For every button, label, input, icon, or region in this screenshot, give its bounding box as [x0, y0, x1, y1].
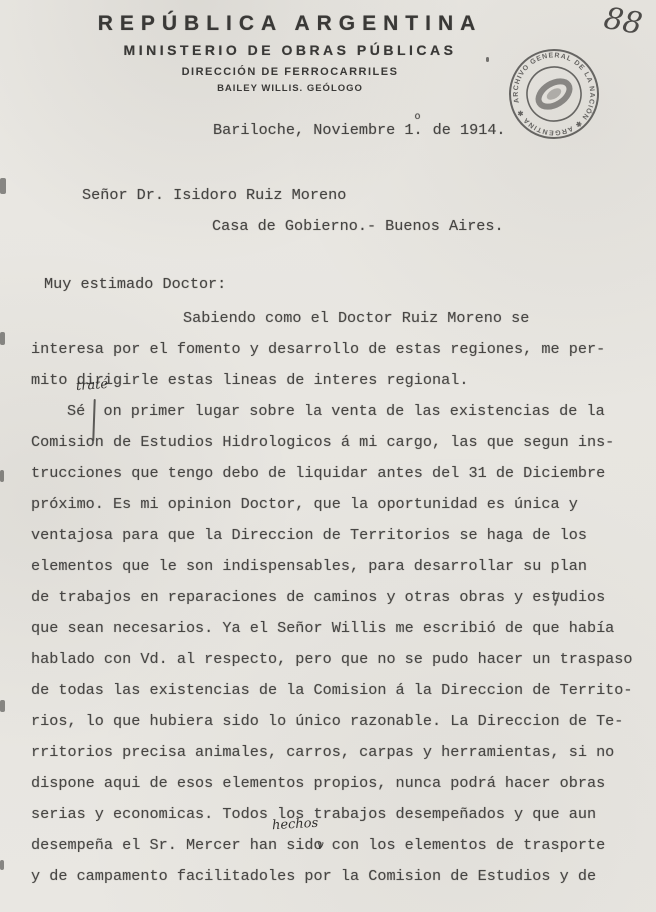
salutation: Muy estimado Doctor:: [44, 275, 226, 293]
letterhead-country: REPÚBLICA ARGENTINA: [55, 12, 525, 36]
letterhead-direction: DIRECCIÓN DE FERROCARRILES: [55, 66, 525, 78]
letterhead-official: BAILEY WILLIS. GEÓLOGO: [55, 83, 525, 94]
body-line: rios, lo que hubiera sido lo único razon…: [31, 706, 656, 737]
scan-artifact: [0, 178, 6, 194]
body-line: hablado con Vd. al respecto, pero que no…: [31, 644, 656, 675]
body-line: que sean necesarios. Ya el Señor Willis …: [31, 613, 656, 644]
recipient-address: Casa de Gobierno.- Buenos Aires.: [212, 217, 504, 235]
body-line: de todas las existencias de la Comision …: [31, 675, 656, 706]
body-line: mito dirigirle estas lineas de interes r…: [31, 365, 656, 396]
letterhead: REPÚBLICA ARGENTINA MINISTERIO DE OBRAS …: [55, 12, 525, 94]
ordinal-o: o: [415, 112, 421, 123]
body-line: dispone aqui de esos elementos propios, …: [31, 768, 656, 799]
caret-mark-icon: v: [317, 838, 324, 852]
body-line: trucciones que tengo debo de liquidar an…: [31, 458, 656, 489]
scanned-letter-page: REPÚBLICA ARGENTINA MINISTERIO DE OBRAS …: [0, 0, 656, 912]
recipient-name: Señor Dr. Isidoro Ruiz Moreno: [82, 186, 346, 204]
body-line: ventajosa para que la Direccion de Terri…: [31, 520, 656, 551]
letter-body: Sabiendo como el Doctor Ruiz Moreno se i…: [31, 303, 656, 892]
body-line: serias y economicas. Todos los trabajos …: [31, 799, 656, 830]
scan-artifact: [486, 57, 489, 62]
handwritten-page-number: 88: [601, 1, 645, 42]
scan-artifact: [0, 700, 5, 712]
body-line: desempeña el Sr. Mercer han sido con los…: [31, 830, 656, 861]
handwritten-insertion-hechos: hechos: [272, 816, 319, 833]
body-line: Sabiendo como el Doctor Ruiz Moreno se: [31, 303, 656, 334]
dateline-prefix: Bariloche, Noviembre 1: [213, 121, 414, 139]
ordinal-superscript: .o: [414, 121, 424, 139]
body-line: de trabajos en reparaciones de caminos y…: [31, 582, 656, 613]
body-line: y de campamento facilitadoles por la Com…: [31, 861, 656, 892]
ordinal-dot: .: [414, 121, 423, 139]
scan-artifact: [0, 332, 5, 345]
body-line: Comision de Estudios Hidrologicos á mi c…: [31, 427, 656, 458]
dateline-suffix: de 1914.: [424, 121, 506, 139]
scan-artifact: [0, 470, 4, 482]
letterhead-ministry: MINISTERIO DE OBRAS PÚBLICAS: [55, 42, 525, 58]
handwritten-insertion-trate: traté: [76, 377, 109, 394]
dateline: Bariloche, Noviembre 1.o de 1914.: [213, 121, 506, 139]
body-line: Sé on primer lugar sobre la venta de las…: [31, 396, 656, 427]
body-line: elementos que le son indispensables, par…: [31, 551, 656, 582]
body-line: interesa por el fomento y desarrollo de …: [31, 334, 656, 365]
body-line: próximo. Es mi opinion Doctor, que la op…: [31, 489, 656, 520]
scan-artifact: [0, 860, 4, 870]
body-line: rritorios precisa animales, carros, carp…: [31, 737, 656, 768]
